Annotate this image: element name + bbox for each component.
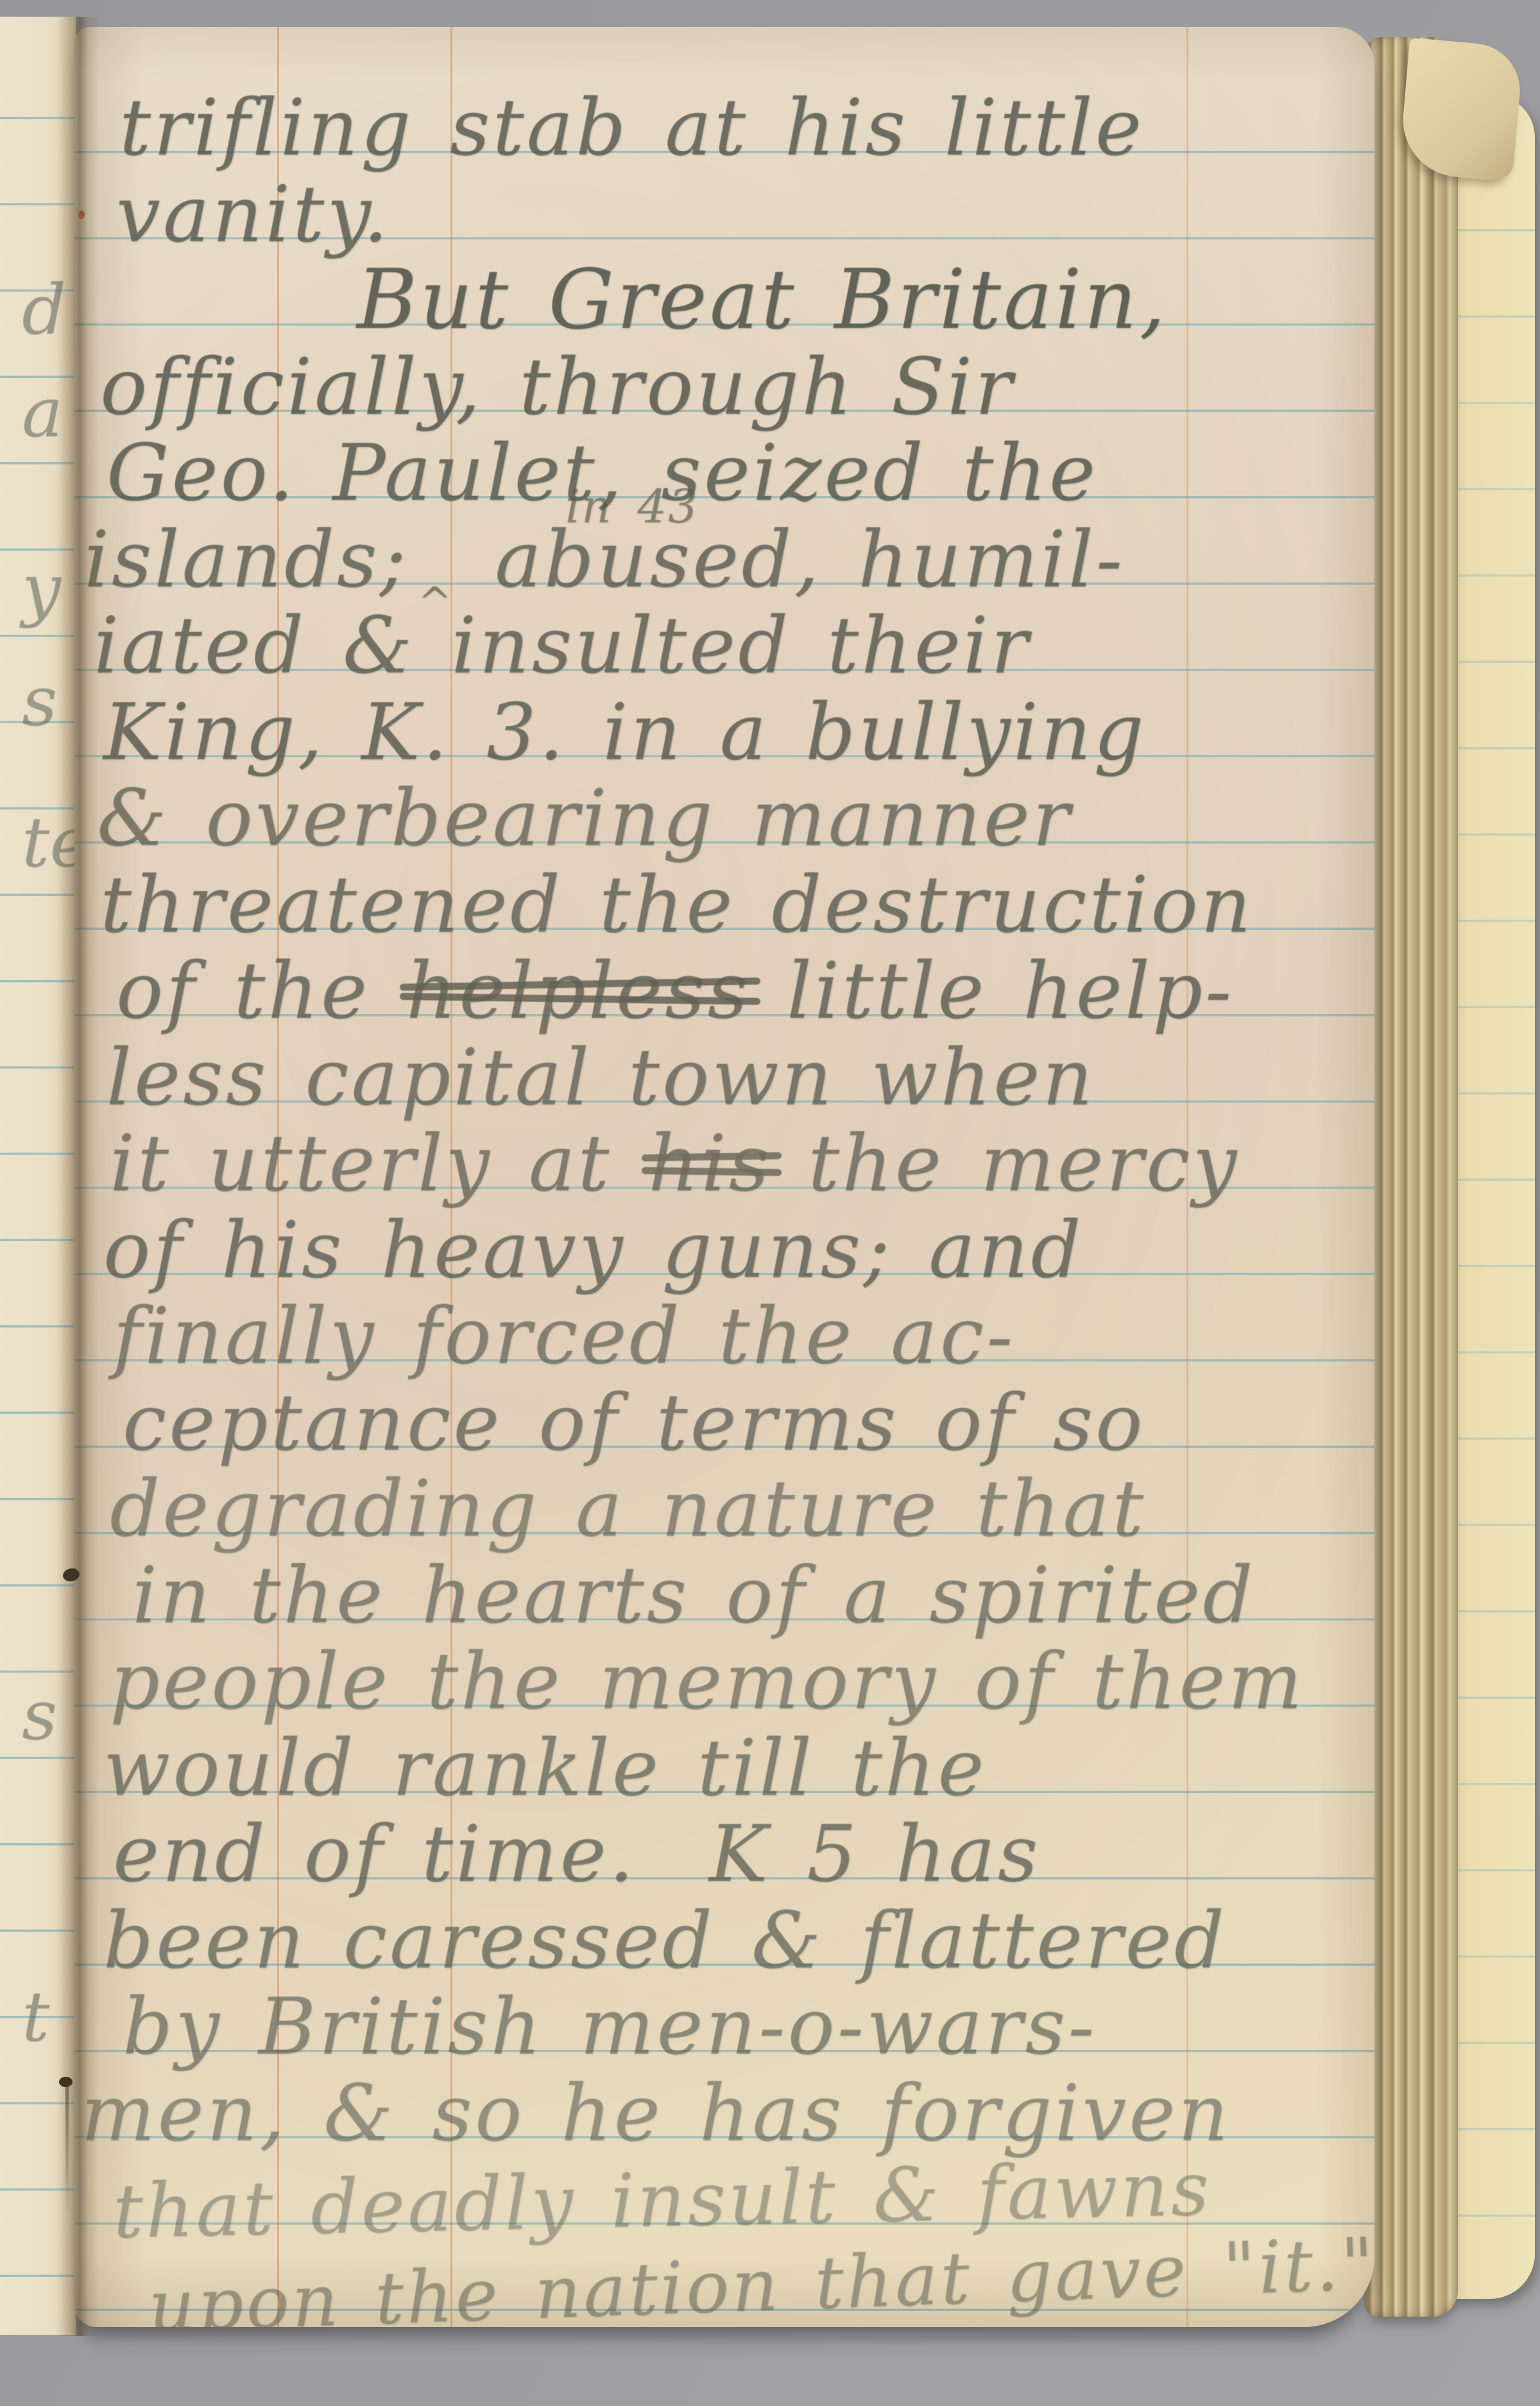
handwritten-line: But Great Britain,	[357, 257, 1368, 344]
handwritten-line: of his heavy guns; and	[103, 1207, 1368, 1294]
ink-streak	[65, 2087, 69, 2215]
handwriting-text: islands;	[84, 514, 409, 605]
handwriting-text: less capital town when	[107, 1032, 1095, 1123]
handwritten-line: been caressed & flattered	[103, 1898, 1368, 1984]
cut-off-word-fragment: d	[22, 270, 66, 350]
handwriting-text: men, & so he has forgiven	[81, 2068, 1231, 2159]
handwritten-line: Geo. Paulet, seized the	[107, 430, 1368, 517]
handwriting-text: the mercy	[771, 1118, 1239, 1209]
handwritten-line: less capital town when	[107, 1035, 1368, 1121]
handwritten-line: vanity.	[116, 171, 1368, 258]
handwriting-text: in the hearts of a spirited	[132, 1550, 1255, 1641]
handwritten-line: ceptance of terms of so	[123, 1380, 1368, 1466]
handwriting-text: & overbearing manner	[97, 773, 1072, 864]
handwriting-text: King, K. 3. in a bullying	[103, 687, 1146, 778]
cut-off-word-fragment: t	[22, 1977, 49, 2058]
handwritten-line: finally forced the ac-	[113, 1293, 1368, 1380]
left-page: daystest	[0, 17, 76, 2335]
handwriting-text: But Great Britain,	[357, 252, 1168, 348]
notebook-photo: daystest trifling stab at his littlevani…	[0, 0, 1540, 2406]
main-page: trifling stab at his littlevanity.But Gr…	[74, 27, 1374, 2327]
handwritten-line: officially, through Sir	[100, 344, 1368, 431]
handwriting-text: people the memory of them	[110, 1636, 1305, 1727]
handwriting-text: threatened the destruction	[100, 859, 1254, 950]
handwriting-text: by British men-o-wars-	[123, 1981, 1097, 2072]
handwritten-line: people the memory of them	[110, 1638, 1368, 1725]
handwritten-line: would rankle till the	[103, 1725, 1368, 1812]
handwritten-line: of the helpless little help-	[116, 948, 1368, 1035]
handwritten-line: degrading a nature that	[110, 1466, 1368, 1552]
interlinear-insertion: in 43	[565, 483, 699, 529]
cut-off-word-fragment: a	[22, 373, 63, 453]
handwriting-text: of the	[116, 945, 406, 1036]
handwriting-text: finally forced the ac-	[113, 1291, 1015, 1382]
strikethrough-word: helpless	[406, 948, 750, 1035]
handwriting-text: vanity.	[116, 169, 391, 260]
strikethrough-word: his	[648, 1121, 771, 1207]
handwritten-line: it utterly at his the mercy	[110, 1121, 1368, 1207]
handwriting-text: degrading a nature that	[110, 1463, 1146, 1554]
handwriting-text: it utterly at	[110, 1118, 648, 1209]
handwriting-text: of his heavy guns; and	[103, 1205, 1084, 1296]
handwriting-text: iated & insulted their	[94, 600, 1031, 691]
cut-off-word-fragment: y	[22, 549, 61, 630]
handwritten-line: trifling stab at his little	[119, 85, 1368, 171]
handwriting-text: ceptance of terms of so	[123, 1377, 1145, 1468]
handwritten-line: islands;^ abused, humil-in 43	[84, 517, 1368, 603]
cut-off-word-fragment: s	[22, 1676, 57, 1756]
handwritten-line: end of time. K 5 has	[113, 1811, 1368, 1898]
paper-speck	[78, 211, 85, 219]
handwriting-text: abused, humil-	[458, 514, 1125, 605]
handwriting-text: would rankle till the	[103, 1723, 987, 1814]
handwritten-line: & overbearing manner	[97, 775, 1368, 862]
cut-off-word-fragment: s	[22, 662, 57, 742]
handwriting-layer: trifling stab at his littlevanity.But Gr…	[100, 85, 1368, 2327]
handwritten-line: threatened the destruction	[100, 862, 1368, 949]
handwritten-line: men, & so he has forgiven	[81, 2070, 1368, 2157]
page-stack-edges	[1364, 37, 1458, 2317]
handwritten-line: in the hearts of a spirited	[132, 1552, 1368, 1639]
handwritten-line: by British men-o-wars-	[123, 1984, 1368, 2070]
handwriting-text: been caressed & flattered	[103, 1895, 1227, 1986]
ink-blot	[59, 2077, 73, 2087]
cut-off-word-fragment: te	[22, 803, 76, 883]
handwriting-text: trifling stab at his little	[119, 82, 1144, 173]
handwriting-text: end of time. K 5 has	[113, 1809, 1041, 1900]
handwriting-text: officially, through Sir	[100, 341, 1014, 433]
handwriting-text: little help-	[750, 945, 1234, 1036]
handwritten-line: iated & insulted their	[94, 603, 1368, 689]
handwritten-line: King, K. 3. in a bullying	[103, 689, 1368, 776]
